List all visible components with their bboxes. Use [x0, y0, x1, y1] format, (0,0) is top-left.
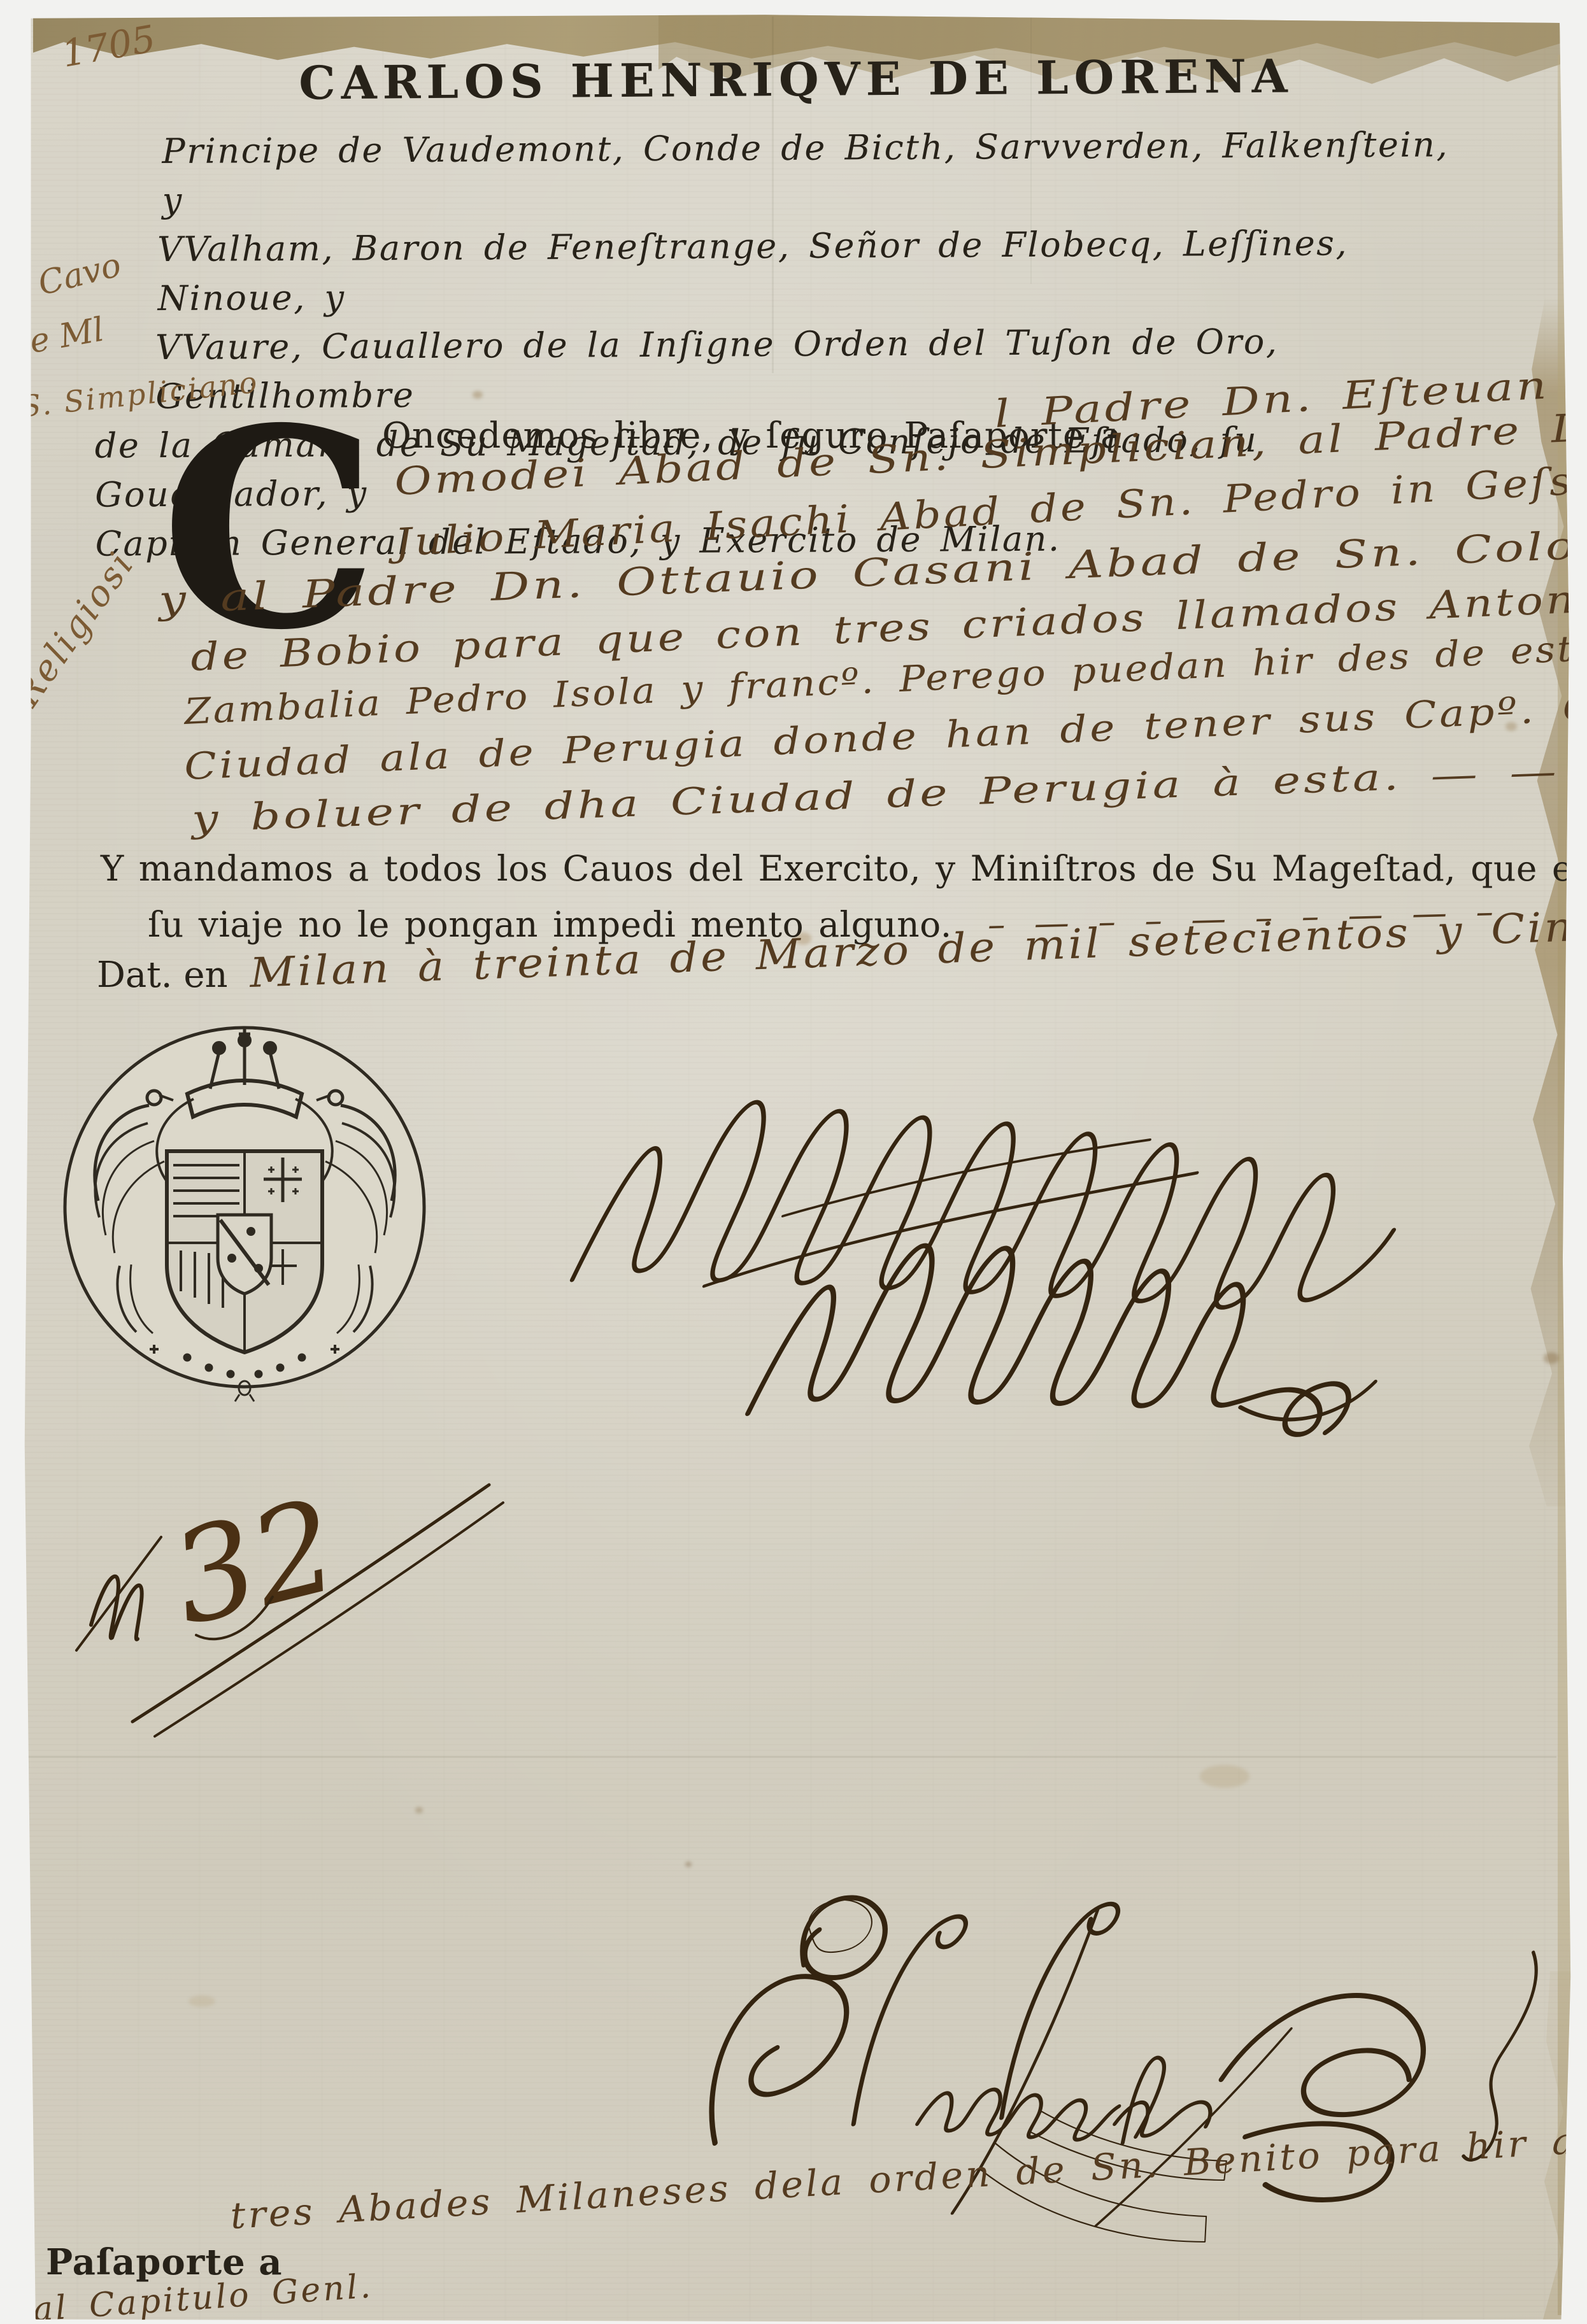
- titles-line: Principe de Vaudemont, Conde de Bicth, S…: [93, 120, 1456, 225]
- dateline-row: Dat. en Milan à treinta de Marzo de mil …: [97, 950, 1544, 997]
- dateline-printed: Dat. en: [97, 954, 228, 996]
- page-title: CARLOS HENRIQVE DE LORENA: [15, 46, 1577, 111]
- document-photo: { "doc": { "year_note": "1705", "title":…: [0, 0, 1587, 2324]
- mandate-line-1: Y mandamos a todos los Cauos del Exercit…: [101, 848, 1587, 889]
- coat-of-arms-seal: [59, 991, 431, 1417]
- stain: [189, 1995, 215, 2007]
- seal-shield: [167, 1151, 322, 1352]
- registry-n-glyph: [91, 1576, 142, 1640]
- stain: [1544, 1352, 1559, 1364]
- stain: [1200, 1765, 1249, 1788]
- titles-line: VValham, Baron de Feneſtrange, Señor de …: [94, 218, 1457, 323]
- registry-number-group: 32: [43, 1434, 578, 1765]
- document-paper: 1705 CARLOS HENRIQVE DE LORENA Principe …: [15, 10, 1577, 2324]
- stain: [415, 1807, 423, 1813]
- governor-signature: [529, 1006, 1446, 1445]
- stain: [685, 1862, 692, 1867]
- registry-flourish: [76, 1537, 161, 1650]
- margin-note-vertical: Religiosi: [6, 544, 143, 714]
